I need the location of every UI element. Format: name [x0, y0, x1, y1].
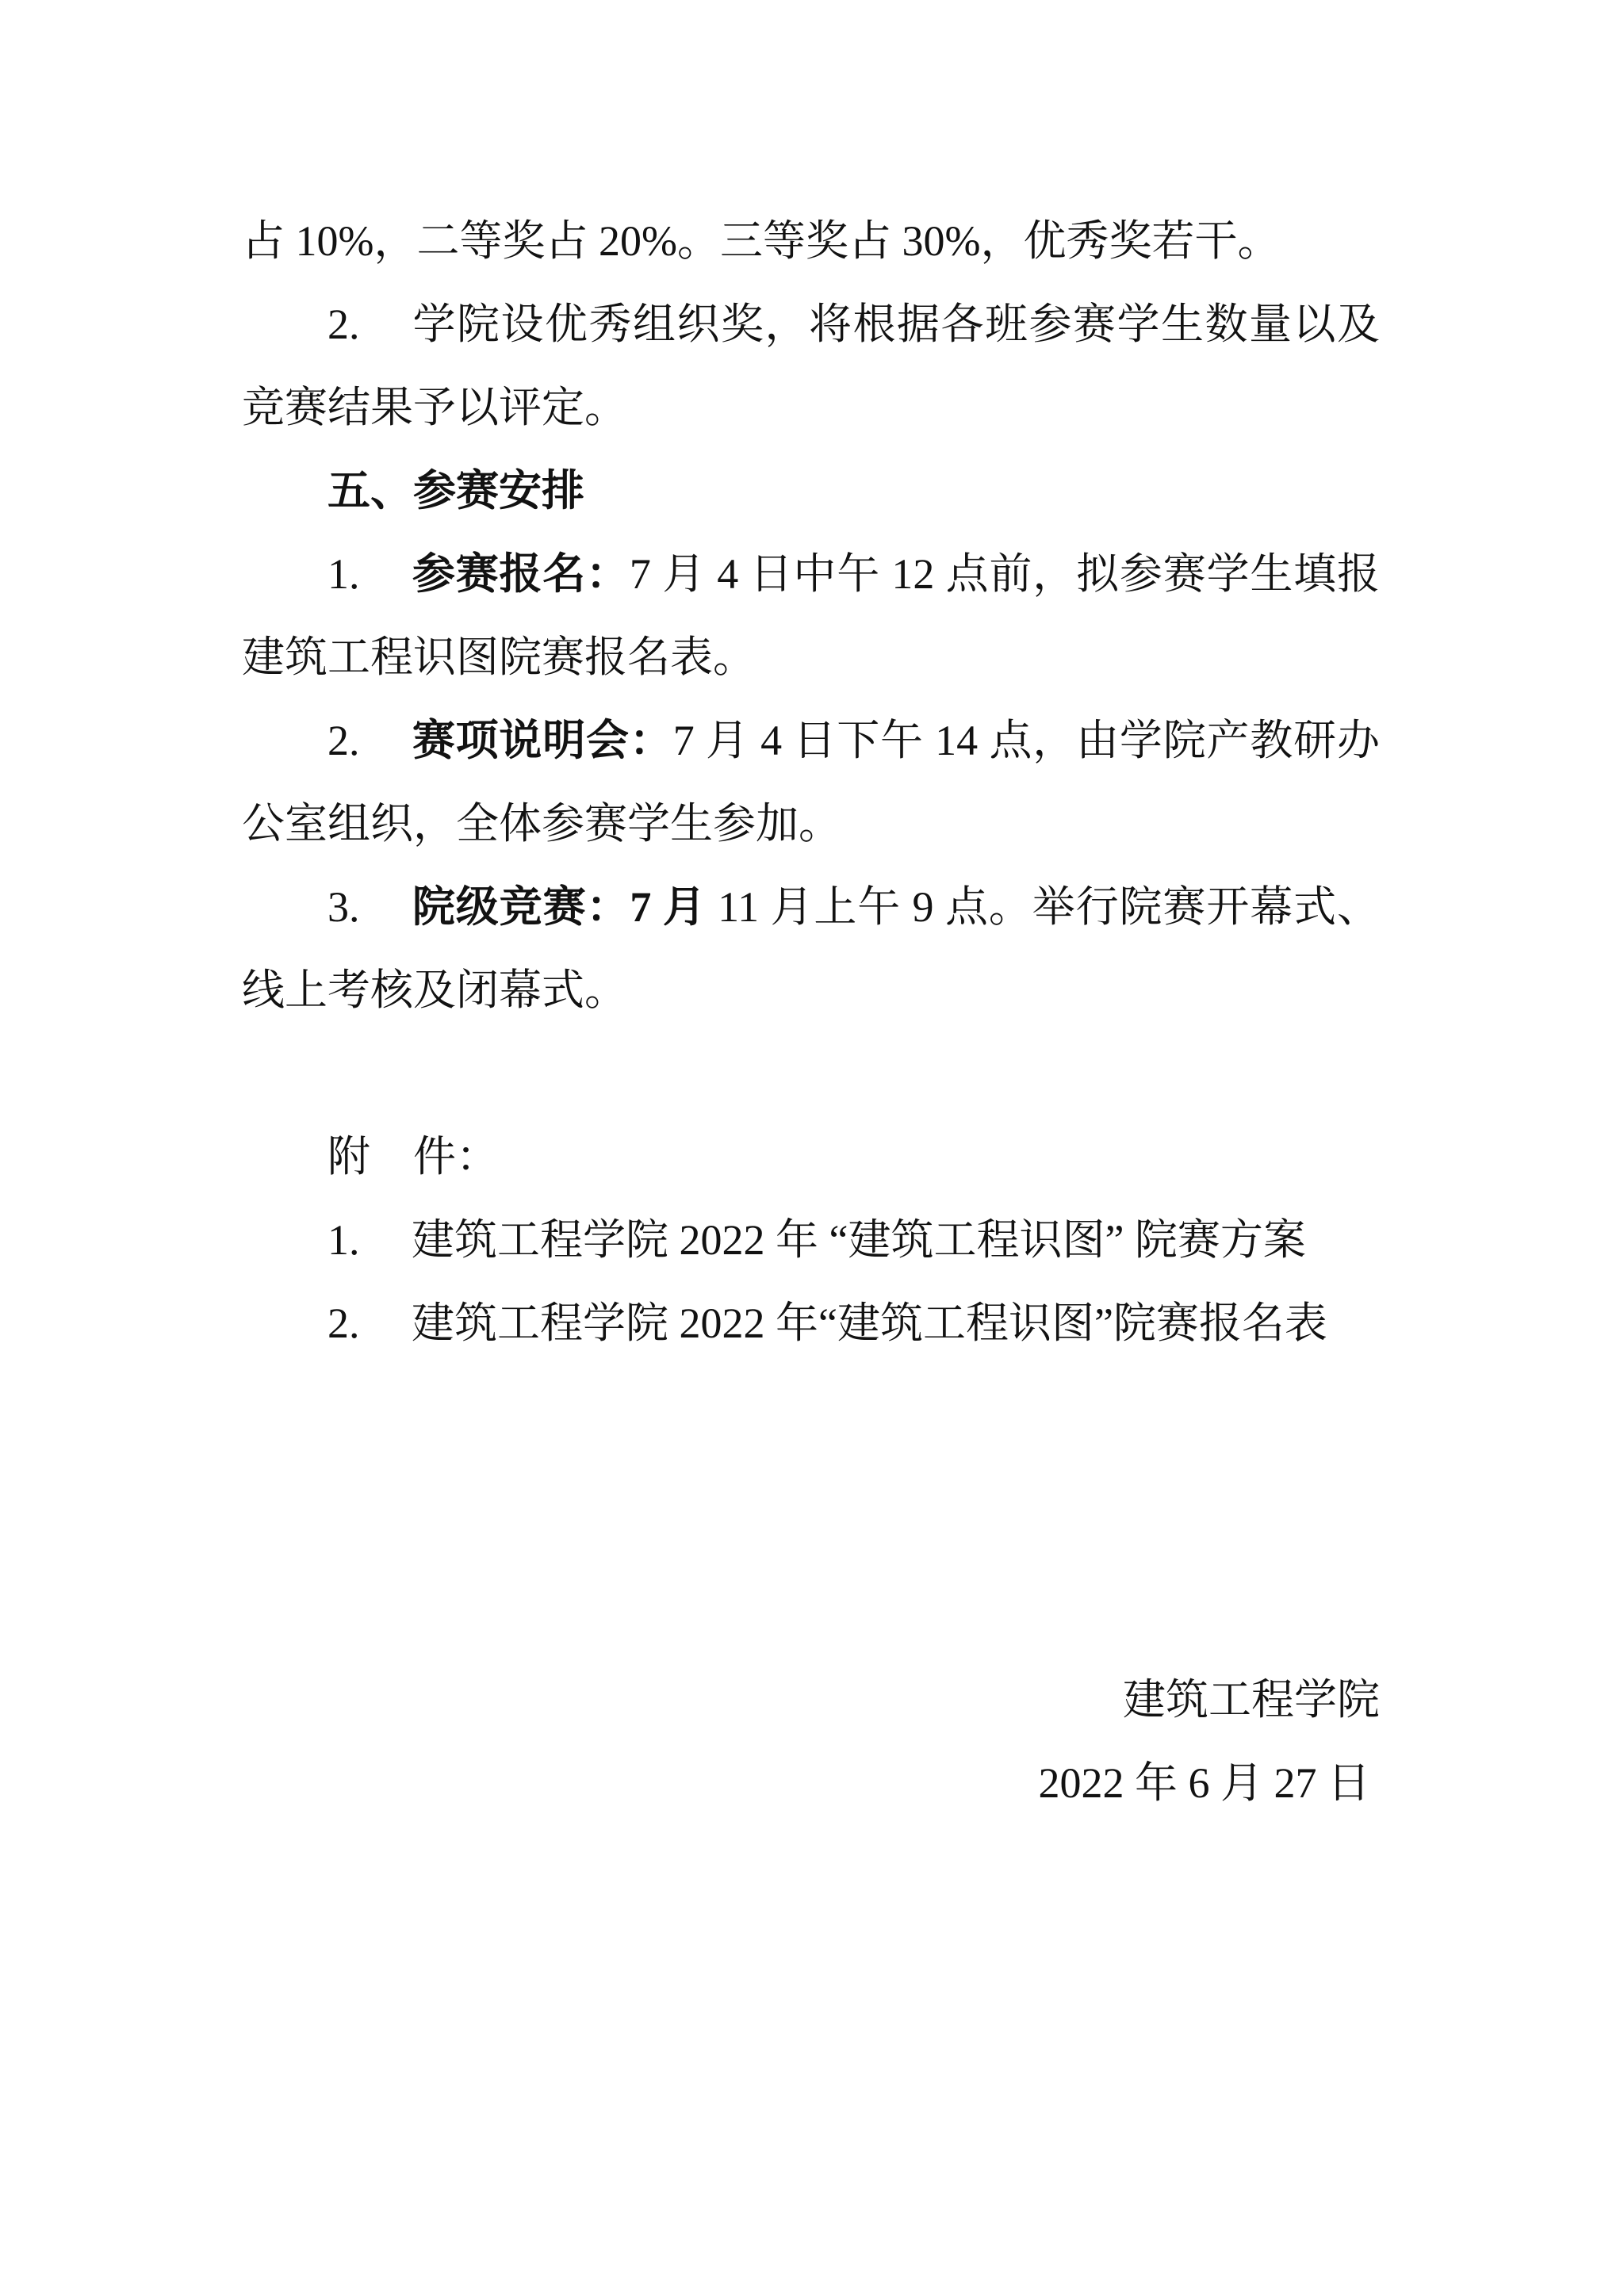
- paragraph-line: 竞赛结果予以评定。: [242, 366, 1380, 450]
- body-text: 建筑工程识图院赛报名表。: [242, 633, 756, 681]
- bold-emphasis: 院级竞赛：7 月: [412, 883, 707, 931]
- bold-emphasis: 赛项说明会：: [412, 717, 673, 764]
- attachment-text: 建筑工程学院 2022 年 “建筑工程识图” 院赛方案: [412, 1216, 1306, 1264]
- section-heading: 五、参赛安排: [242, 450, 1380, 533]
- signature-name-line: 建筑工程学院: [242, 1659, 1380, 1742]
- paragraph-line: 公室组织，全体参赛学生参加。: [242, 783, 1380, 866]
- body-text: 公室组织，全体参赛学生参加。: [242, 800, 841, 848]
- list-number: 2.: [327, 283, 412, 366]
- body-text: 占 10%，二等奖占 20%。三等奖占 30%，优秀奖若干。: [242, 217, 1280, 265]
- paragraph-line: 占 10%，二等奖占 20%。三等奖占 30%，优秀奖若干。: [242, 200, 1380, 283]
- paragraph-line: 1.参赛报名：7 月 4 日中午 12 点前，拟参赛学生填报: [242, 533, 1380, 616]
- bold-emphasis: 参赛报名：: [412, 550, 630, 598]
- body-text: 7 月 4 日中午 12 点前，拟参赛学生填报: [630, 550, 1380, 598]
- document-page: 占 10%，二等奖占 20%。三等奖占 30%，优秀奖若干。 2.学院设优秀组织…: [0, 0, 1624, 2296]
- body-text: 11 月上午 9 点。举行院赛开幕式、: [707, 883, 1380, 931]
- body-text: 竞赛结果予以评定。: [242, 384, 627, 431]
- list-number: 2.: [327, 699, 412, 783]
- paragraph-line: 2.赛项说明会：7 月 4 日下午 14 点，由学院产教研办: [242, 699, 1380, 783]
- paragraph-line: 线上考核及闭幕式。: [242, 949, 1380, 1032]
- paragraph-line: 3.院级竞赛：7 月 11 月上午 9 点。举行院赛开幕式、: [242, 866, 1380, 949]
- section-heading-text: 五、参赛安排: [327, 467, 584, 515]
- list-number: 2.: [327, 1282, 412, 1365]
- paragraph-line: 建筑工程识图院赛报名表。: [242, 616, 1380, 699]
- list-number: 1.: [327, 533, 412, 616]
- attachment-label: 附 件：: [327, 1133, 499, 1181]
- signature-name: 建筑工程学院: [1123, 1676, 1380, 1724]
- blank-line: [242, 1032, 1380, 1115]
- paragraph-line: 2.学院设优秀组织奖，将根据各班参赛学生数量以及: [242, 283, 1380, 366]
- signature-date-line: 2022 年 6 月 27 日: [242, 1742, 1380, 1825]
- attachment-text: 建筑工程学院 2022 年“建筑工程识图”院赛报名表: [412, 1299, 1327, 1347]
- attachment-item: 2.建筑工程学院 2022 年“建筑工程识图”院赛报名表: [242, 1282, 1380, 1365]
- body-text: 7 月 4 日下午 14 点，由学院产教研办: [673, 717, 1380, 764]
- attachment-label-line: 附 件：: [242, 1115, 1380, 1199]
- list-number: 3.: [327, 866, 412, 949]
- list-number: 1.: [327, 1199, 412, 1282]
- body-text: 线上考核及闭幕式。: [242, 966, 627, 1014]
- body-text: 学院设优秀组织奖，将根据各班参赛学生数量以及: [412, 300, 1380, 348]
- vertical-spacer: [242, 1365, 1380, 1659]
- attachment-item: 1.建筑工程学院 2022 年 “建筑工程识图” 院赛方案: [242, 1199, 1380, 1282]
- signature-date: 2022 年 6 月 27 日: [1039, 1759, 1371, 1807]
